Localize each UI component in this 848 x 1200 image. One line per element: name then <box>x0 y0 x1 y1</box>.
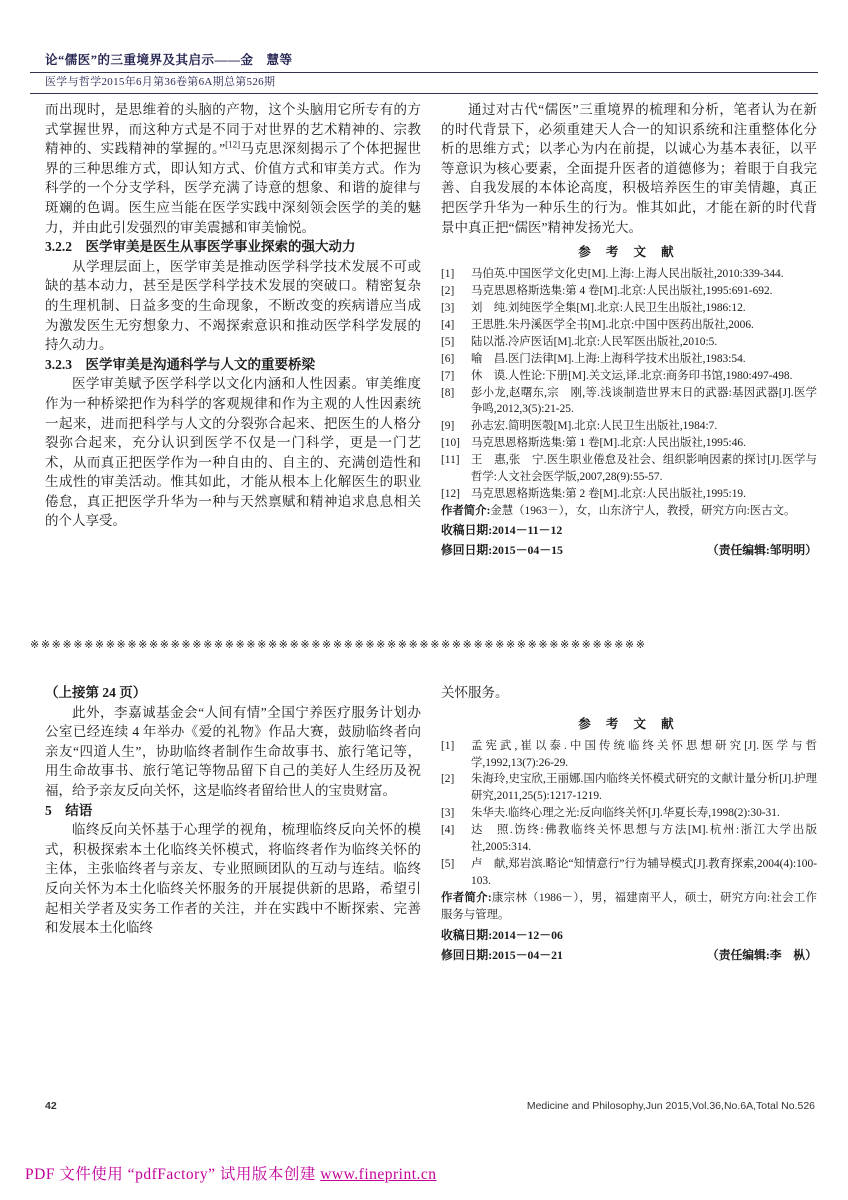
reference-text: 刘 纯.刘纯医学全集[M].北京:人民卫生出版社,1986:12. <box>471 300 817 317</box>
references-heading: 参 考 文 献 <box>441 242 817 262</box>
reference-item: [3]朱华夫.临终心理之光:反向临终关怀[J].华夏长寿,1998(2):30-… <box>441 805 817 822</box>
paragraph: 临终反向关怀基于心理学的视角，梳理临终反向关怀的模式，积极探索本土化临终关怀模式… <box>45 820 421 938</box>
running-title: 论“儒医”的三重境界及其启示——金 慧等 <box>30 50 818 70</box>
reference-number: [5] <box>441 334 471 351</box>
paragraph-continuation: 关怀服务。 <box>441 683 817 703</box>
responsible-editor: （责任编辑:邹明明） <box>707 540 817 560</box>
author-bio-text: 康宗林（1986－），男，福建南平人，硕士，研究方向:社会工作服务与管理。 <box>441 892 817 922</box>
page-header: 论“儒医”的三重境界及其启示——金 慧等 医学与哲学2015年6月第36卷第6A… <box>30 50 818 94</box>
reference-text: 彭小龙,赵曙东,宗 刚,等.浅谈制造世界末日的武器:基因武器[J].医学争鸣,2… <box>471 385 817 419</box>
reference-number: [2] <box>441 283 471 300</box>
reference-text: 喻 昌.医门法律[M].上海:上海科学技术出版社,1983:54. <box>471 351 817 368</box>
reference-item: [5]陆以湉.冷庐医话[M].北京:人民军医出版社,2010:5. <box>441 334 817 351</box>
reference-text: 王 惠,张 宁.医生职业倦怠及社会、组织影响因素的探讨[J].医学与哲学:人文社… <box>471 452 817 486</box>
reference-number: [1] <box>441 266 471 283</box>
reference-number: [1] <box>441 738 471 772</box>
reference-item: [4]达 照.饬终:佛教临终关怀思想与方法[M].杭州:浙江大学出版社,2005… <box>441 822 817 856</box>
section-divider: ※※※※※※※※※※※※※※※※※※※※※※※※※※※※※※※※※※※※※※※※… <box>30 638 818 652</box>
journal-info-line: 医学与哲学2015年6月第36卷第6A期总第526期 <box>30 73 818 91</box>
reference-item: [6]喻 昌.医门法律[M].上海:上海科学技术出版社,1983:54. <box>441 351 817 368</box>
reference-number: [3] <box>441 805 471 822</box>
reference-number: [2] <box>441 771 471 805</box>
reference-number: [6] <box>441 351 471 368</box>
page-number: 42 <box>45 1100 57 1112</box>
continued-from-note: （上接第 24 页） <box>45 683 421 703</box>
pdf-watermark: PDF 文件使用 “pdfFactory” 试用版本创建 www.finepri… <box>25 1162 437 1184</box>
paragraph: 通过对古代“儒医”三重境界的梳理和分析，笔者认为在新的时代背景下，必须重建天人合… <box>441 100 817 237</box>
received-date: 收稿日期:2014－11－12 <box>441 520 817 540</box>
reference-item: [11]王 惠,张 宁.医生职业倦怠及社会、组织影响因素的探讨[J].医学与哲学… <box>441 452 817 486</box>
reference-text: 陆以湉.冷庐医话[M].北京:人民军医出版社,2010:5. <box>471 334 817 351</box>
reference-number: [5] <box>441 856 471 890</box>
author-bio: 作者简介:康宗林（1986－），男，福建南平人，硕士，研究方向:社会工作服务与管… <box>441 890 817 925</box>
references-list: [1]孟宪武,崔以泰.中国传统临终关怀思想研究[J].医学与哲学,1992,13… <box>441 738 817 890</box>
references-list: [1]马伯英.中国医学文化史[M].上海:上海人民出版社,2010:339-34… <box>441 266 817 503</box>
author-bio-label: 作者简介: <box>441 892 492 904</box>
reference-item: [2]朱海玲,史宝欣,王丽娜.国内临终关怀模式研究的文献计量分析[J].护理研究… <box>441 771 817 805</box>
reference-text: 朱华夫.临终心理之光:反向临终关怀[J].华夏长寿,1998(2):30-31. <box>471 805 817 822</box>
revised-date-row: 修回日期:2015－04－15（责任编辑:邹明明） <box>441 540 817 560</box>
section-heading-3-2-2: 3.2.2 医学审美是医生从事医学事业探索的强大动力 <box>45 237 421 257</box>
received-date-text: 收稿日期:2014－11－12 <box>441 520 562 540</box>
reference-item: [1]马伯英.中国医学文化史[M].上海:上海人民出版社,2010:339-34… <box>441 266 817 283</box>
reference-item: [10]马克思恩格斯选集:第 1 卷[M].北京:人民出版社,1995:46. <box>441 435 817 452</box>
reference-text: 朱海玲,史宝欣,王丽娜.国内临终关怀模式研究的文献计量分析[J].护理研究,20… <box>471 771 817 805</box>
author-bio: 作者简介:金慧（1963－），女，山东济宁人，教授，研究方向:医古文。 <box>441 503 817 521</box>
reference-item: [3]刘 纯.刘纯医学全集[M].北京:人民卫生出版社,1986:12. <box>441 300 817 317</box>
reference-item: [1]孟宪武,崔以泰.中国传统临终关怀思想研究[J].医学与哲学,1992,13… <box>441 738 817 772</box>
section-heading-5: 5 结语 <box>45 801 421 821</box>
revised-date-text: 修回日期:2015－04－15 <box>441 540 563 560</box>
page-footer: 42 Medicine and Philosophy,Jun 2015,Vol.… <box>45 1100 815 1112</box>
author-bio-text: 金慧（1963－），女，山东济宁人，教授，研究方向:医古文。 <box>490 505 795 517</box>
paragraph: 此外，李嘉诚基金会“人间有情”全国宁养医疗服务计划办公室已经连续 4 年举办《爱… <box>45 703 421 801</box>
reference-item: [8]彭小龙,赵曙东,宗 刚,等.浅谈制造世界末日的武器:基因武器[J].医学争… <box>441 385 817 419</box>
reference-number: [10] <box>441 435 471 452</box>
reference-number: [9] <box>441 418 471 435</box>
watermark-text: PDF 文件使用 “pdfFactory” 试用版本创建 <box>25 1166 320 1183</box>
paragraph: 医学审美赋予医学科学以文化内涵和人性因素。审美维度作为一种桥梁把作为科学的客观规… <box>45 374 421 531</box>
reference-item: [5]卢 献,郑岩滨.略论“知情意行”行为辅导模式[J].教育探索,2004(4… <box>441 856 817 890</box>
reference-text: 马克思恩格斯选集:第 2 卷[M].北京:人民出版社,1995:19. <box>471 486 817 503</box>
citation-marker: [12] <box>225 140 240 150</box>
author-bio-label: 作者简介: <box>441 505 490 517</box>
reference-number: [4] <box>441 317 471 334</box>
reference-text: 孙志宏.简明医彀[M].北京:人民卫生出版社,1984:7. <box>471 418 817 435</box>
reference-item: [7]休 谟.人性论:下册[M].关文运,译.北京:商务印书馆,1980:497… <box>441 368 817 385</box>
reference-number: [4] <box>441 822 471 856</box>
reference-text: 马克思恩格斯选集:第 4 卷[M].北京:人民出版社,1995:691-692. <box>471 283 817 300</box>
reference-item: [4]王思胜.朱丹溪医学全书[M].北京:中国中医药出版社,2006. <box>441 317 817 334</box>
reference-text: 王思胜.朱丹溪医学全书[M].北京:中国中医药出版社,2006. <box>471 317 817 334</box>
responsible-editor: （责任编辑:李 枞） <box>707 945 817 965</box>
reference-number: [11] <box>441 452 471 486</box>
page: 论“儒医”的三重境界及其启示——金 慧等 医学与哲学2015年6月第36卷第6A… <box>0 0 848 1200</box>
reference-number: [7] <box>441 368 471 385</box>
reference-item: [12]马克思恩格斯选集:第 2 卷[M].北京:人民出版社,1995:19. <box>441 486 817 503</box>
fineprint-link[interactable]: www.fineprint.cn <box>320 1166 436 1183</box>
reference-item: [9]孙志宏.简明医彀[M].北京:人民卫生出版社,1984:7. <box>441 418 817 435</box>
references-heading: 参 考 文 献 <box>441 714 817 734</box>
article2-body: （上接第 24 页） 此外，李嘉诚基金会“人间有情”全国宁养医疗服务计划办公室已… <box>45 683 817 965</box>
article1-body: 而出现时，是思维着的头脑的产物，这个头脑用它所专有的方式掌握世界，而这种方式是不… <box>45 100 817 560</box>
revised-date-row: 修回日期:2015－04－21（责任编辑:李 枞） <box>441 945 817 965</box>
reference-number: [3] <box>441 300 471 317</box>
header-rule-bottom <box>30 93 818 94</box>
revised-date-text: 修回日期:2015－04－21 <box>441 945 563 965</box>
reference-text: 孟宪武,崔以泰.中国传统临终关怀思想研究[J].医学与哲学,1992,13(7)… <box>471 738 817 772</box>
article2-right-column: 关怀服务。 参 考 文 献 [1]孟宪武,崔以泰.中国传统临终关怀思想研究[J]… <box>441 683 817 965</box>
reference-number: [8] <box>441 385 471 419</box>
reference-text: 马伯英.中国医学文化史[M].上海:上海人民出版社,2010:339-344. <box>471 266 817 283</box>
paragraph: 从学理层面上，医学审美是推动医学科学技术发展不可或缺的基本动力，甚至是医学科学技… <box>45 257 421 355</box>
reference-text: 卢 献,郑岩滨.略论“知情意行”行为辅导模式[J].教育探索,2004(4):1… <box>471 856 817 890</box>
reference-item: [2]马克思恩格斯选集:第 4 卷[M].北京:人民出版社,1995:691-6… <box>441 283 817 300</box>
article1-left-column: 而出现时，是思维着的头脑的产物，这个头脑用它所专有的方式掌握世界，而这种方式是不… <box>45 100 421 560</box>
footer-journal-info: Medicine and Philosophy,Jun 2015,Vol.36,… <box>527 1100 815 1112</box>
article2-left-column: （上接第 24 页） 此外，李嘉诚基金会“人间有情”全国宁养医疗服务计划办公室已… <box>45 683 421 965</box>
article1-right-column: 通过对古代“儒医”三重境界的梳理和分析，笔者认为在新的时代背景下，必须重建天人合… <box>441 100 817 560</box>
received-date-text: 收稿日期:2014－12－06 <box>441 925 563 945</box>
paragraph: 而出现时，是思维着的头脑的产物，这个头脑用它所专有的方式掌握世界，而这种方式是不… <box>45 100 421 237</box>
received-date: 收稿日期:2014－12－06 <box>441 925 817 945</box>
reference-text: 休 谟.人性论:下册[M].关文运,译.北京:商务印书馆,1980:497-49… <box>471 368 817 385</box>
reference-text: 马克思恩格斯选集:第 1 卷[M].北京:人民出版社,1995:46. <box>471 435 817 452</box>
section-heading-3-2-3: 3.2.3 医学审美是沟通科学与人文的重要桥梁 <box>45 355 421 375</box>
reference-number: [12] <box>441 486 471 503</box>
reference-text: 达 照.饬终:佛教临终关怀思想与方法[M].杭州:浙江大学出版社,2005:31… <box>471 822 817 856</box>
